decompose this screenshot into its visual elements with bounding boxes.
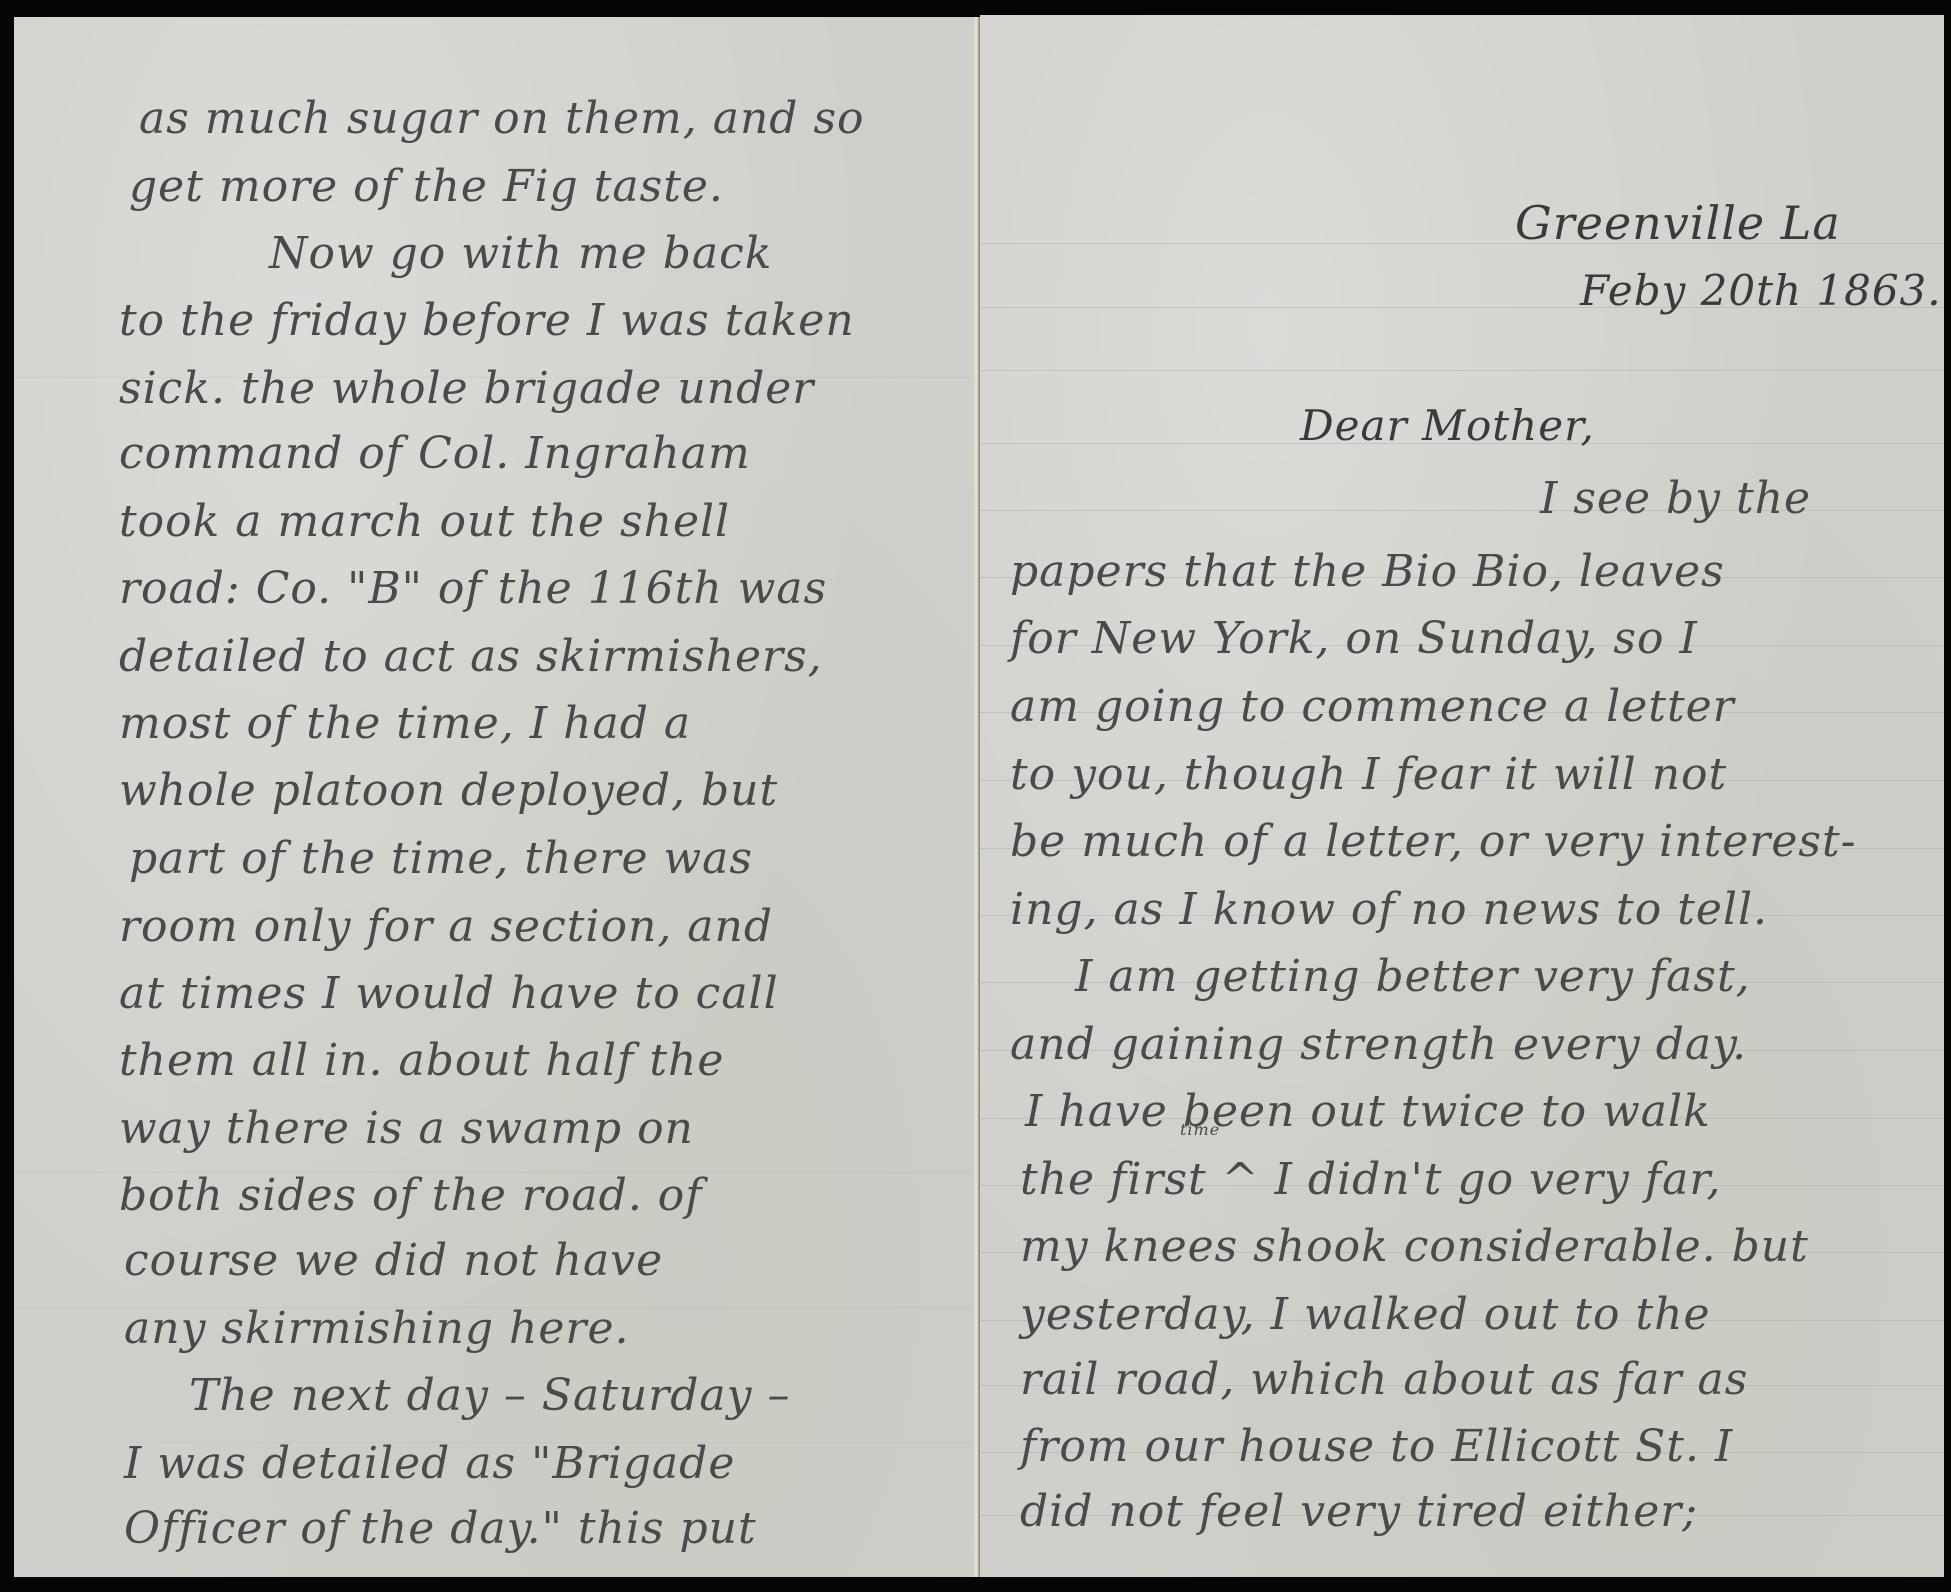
handwritten-line: them all in. about half the (119, 1039, 724, 1083)
letter-page-right: Greenville La Feby 20th 1863. Dear Mothe… (980, 15, 1944, 1577)
handwritten-line: my knees shook considerable. but (1020, 1225, 1809, 1269)
handwritten-line: Now go with me back (269, 232, 772, 276)
handwritten-line: and gaining strength every day. (1010, 1023, 1747, 1067)
handwritten-line: be much of a letter, or very interest- (1010, 820, 1857, 864)
handwritten-line: most of the time, I had a (119, 702, 691, 746)
interlinear-insert: time (1180, 1122, 1220, 1138)
handwritten-line: papers that the Bio Bio, leaves (1010, 550, 1725, 594)
letter-page-left: as much sugar on them, and so get more o… (14, 17, 978, 1577)
handwritten-line: room only for a section, and (119, 905, 773, 949)
handwritten-line: any skirmishing here. (124, 1307, 629, 1351)
handwritten-line: to you, though I fear it will not (1010, 753, 1727, 797)
handwritten-line: both sides of the road. of (119, 1174, 703, 1218)
handwritten-line: sick. the whole brigade under (119, 367, 814, 411)
handwritten-line: as much sugar on them, and so (139, 97, 865, 141)
handwritten-line: get more of the Fig taste. (129, 165, 724, 209)
handwritten-line: road: Co. "B" of the 116th was (119, 567, 827, 611)
handwritten-line: part of the time, there was (129, 837, 753, 881)
handwritten-line: detailed to act as skirmishers, (119, 635, 823, 679)
handwritten-line: The next day – Saturday – (189, 1374, 790, 1418)
handwritten-line: whole platoon deployed, but (119, 769, 778, 813)
handwritten-line: yesterday, I walked out to the (1020, 1293, 1711, 1337)
handwritten-line: Officer of the day." this put (124, 1507, 757, 1551)
handwritten-line: at times I would have to call (119, 972, 779, 1016)
handwritten-line: ing, as I know of no news to tell. (1010, 888, 1768, 932)
handwritten-line: rail road, which about as far as (1020, 1358, 1748, 1402)
handwritten-line: to the friday before I was taken (119, 299, 855, 343)
letter-place: Greenville La (1515, 200, 1841, 246)
handwritten-line: I have been out twice to walk (1025, 1090, 1711, 1134)
handwritten-line: way there is a swamp on (119, 1107, 694, 1151)
handwritten-line: I see by the (1540, 477, 1811, 521)
handwritten-line: from our house to Ellicott St. I (1020, 1425, 1733, 1469)
letter-date: Feby 20th 1863. (1580, 270, 1942, 312)
handwritten-line: command of Col. Ingraham (119, 432, 751, 476)
handwritten-line: course we did not have (124, 1239, 663, 1283)
letter-salutation: Dear Mother, (1300, 405, 1595, 447)
handwritten-line: I am getting better very fast, (1075, 955, 1751, 999)
rule-line (980, 370, 1944, 371)
handwritten-line: am going to commence a letter (1010, 685, 1735, 729)
handwritten-line: took a march out the shell (119, 500, 730, 544)
handwritten-line: for New York, on Sunday, so I (1010, 617, 1698, 661)
handwritten-line: did not feel very tired either; (1020, 1490, 1698, 1534)
handwritten-line: I was detailed as "Brigade (124, 1442, 735, 1486)
handwritten-line: the first ^ I didn't go very far, (1020, 1158, 1722, 1202)
